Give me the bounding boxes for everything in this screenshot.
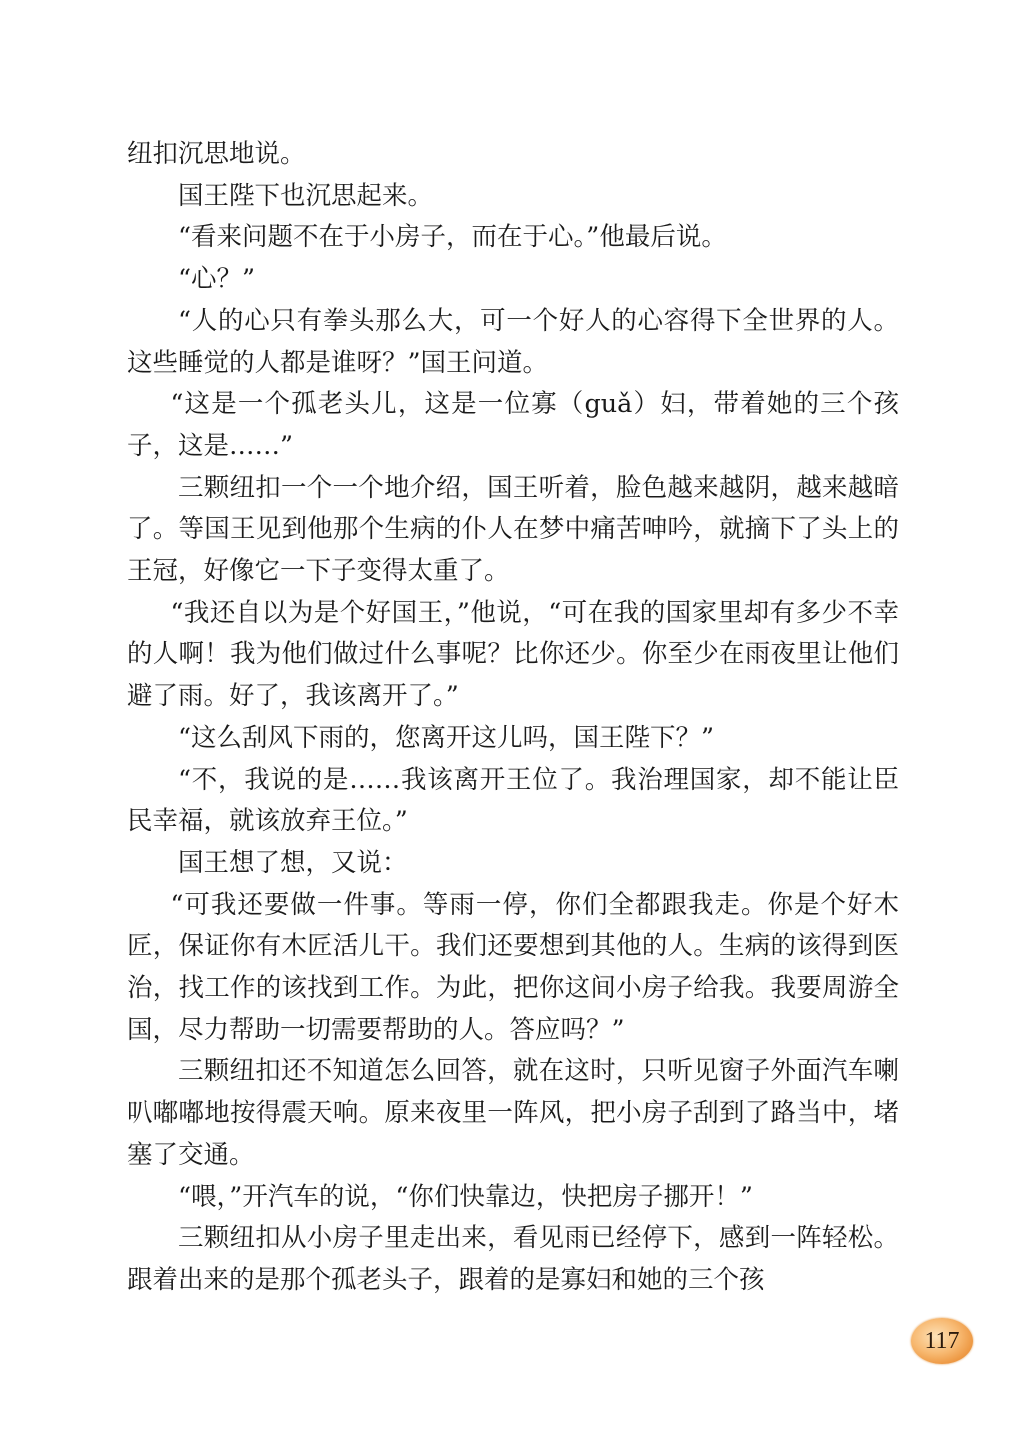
paragraph: 三颗纽扣一个一个地介绍，国王听着，脸色越来越阴，越来越暗了。等国王见到他那个生病… [127, 468, 899, 593]
paragraph: 国王想了想，又说： [127, 843, 899, 885]
paragraph: “这么刮风下雨的，您离开这儿吗，国王陛下？” [127, 718, 899, 760]
paragraph: 三颗纽扣还不知道怎么回答，就在这时，只听见窗子外面汽车喇叭嘟嘟地按得震天响。原来… [127, 1051, 899, 1176]
paragraph: “人的心只有拳头那么大，可一个好人的心容得下全世界的人。这些睡觉的人都是谁呀？”… [127, 301, 899, 384]
page-number: 117 [924, 1328, 959, 1355]
page-number-badge: 117 [911, 1318, 973, 1364]
paragraph: “喂，”开汽车的说，“你们快靠边，快把房子挪开！” [127, 1177, 899, 1219]
body-text: 纽扣沉思地说。 国王陛下也沉思起来。 “看来问题不在于小房子，而在于心。”他最后… [127, 134, 899, 1302]
paragraph: “不，我说的是……我该离开王位了。我治理国家，却不能让臣民幸福，就该放弃王位。” [127, 760, 899, 843]
paragraph: “看来问题不在于小房子，而在于心。”他最后说。 [127, 217, 899, 259]
paragraph: 国王陛下也沉思起来。 [127, 176, 899, 218]
paragraph: “我还自以为是个好国王，”他说，“可在我的国家里却有多少不幸的人啊！我为他们做过… [127, 593, 899, 718]
paragraph: 纽扣沉思地说。 [127, 134, 899, 176]
paragraph: “这是一个孤老头儿，这是一位寡（guǎ）妇，带着她的三个孩子，这是……” [127, 384, 899, 467]
paragraph: 三颗纽扣从小房子里走出来，看见雨已经停下，感到一阵轻松。跟着出来的是那个孤老头子… [127, 1218, 899, 1301]
paragraph: “可我还要做一件事。等雨一停，你们全都跟我走。你是个好木匠，保证你有木匠活儿干。… [127, 885, 899, 1052]
book-page: 纽扣沉思地说。 国王陛下也沉思起来。 “看来问题不在于小房子，而在于心。”他最后… [0, 0, 1024, 1439]
paragraph: “心？” [127, 259, 899, 301]
